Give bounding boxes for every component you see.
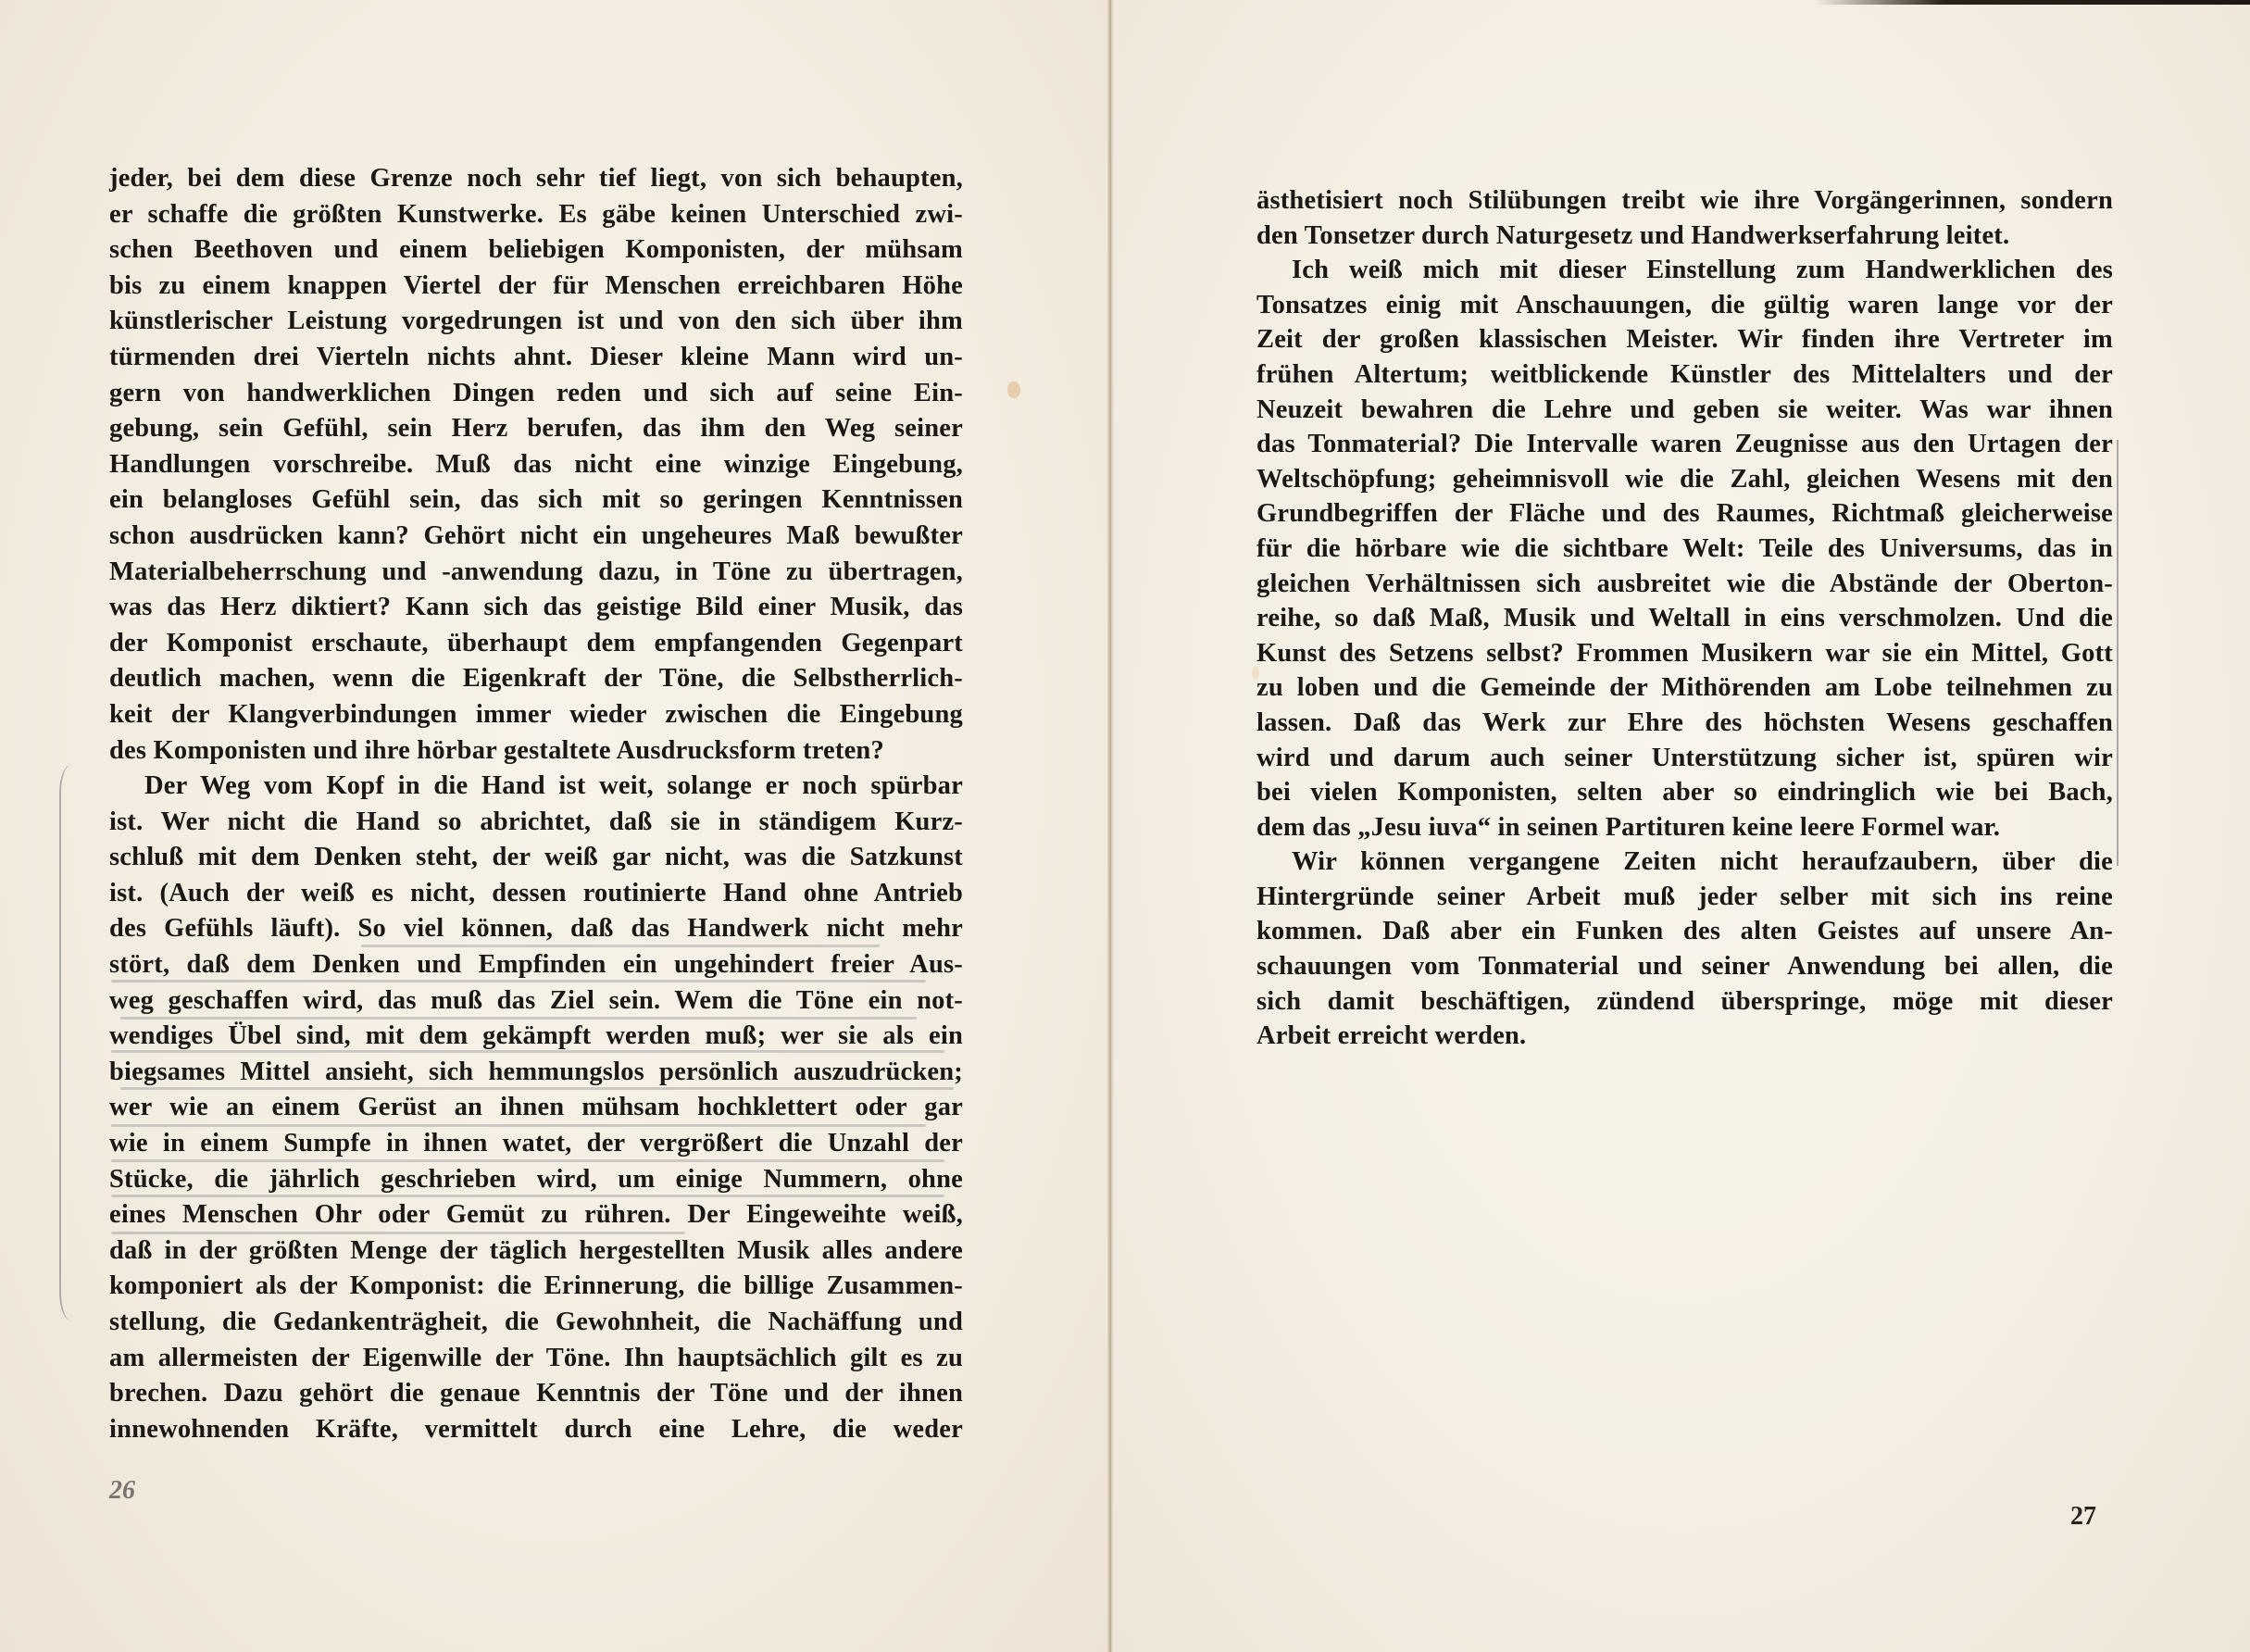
text-line: wendiges Übel sind, mit dem gekämpft wer… (109, 1019, 963, 1055)
paragraph-start-line: Ich weiß mich mit dieser Einstellung zum… (1256, 253, 2113, 288)
text-line: lassen. Daß das Werk zur Ehre des höchst… (1256, 706, 2113, 741)
text-line: weg geschaffen wird, das muß das Ziel se… (109, 983, 963, 1020)
text-line: brechen. Dazu gehört die genaue Kenntnis… (109, 1376, 963, 1412)
text-line: schluß mit dem Denken steht, der weiß ga… (109, 840, 963, 876)
text-line: schon ausdrücken kann? Gehört nicht ein … (109, 519, 963, 555)
text-line: gleichen Verhältnissen sich ausbreitet w… (1256, 567, 2113, 602)
text-line: Neuzeit bewahren die Lehre und geben sie… (1256, 393, 2113, 428)
text-line: wie in einem Sumpfe in ihnen watet, der … (109, 1126, 963, 1162)
text-line: wird und darum auch seiner Unterstützung… (1256, 741, 2113, 776)
text-line: der Komponist erschaute, überhaupt dem e… (109, 626, 963, 662)
text-line: komponiert als der Komponist: die Erinne… (109, 1269, 963, 1305)
text-line: gebung, sein Gefühl, sein Herz berufen, … (109, 411, 963, 447)
text-line: reihe, so daß Maß, Musik und Weltall in … (1256, 601, 2113, 636)
text-line: jeder, bei dem diese Grenze noch sehr ti… (109, 161, 963, 197)
text-line: frühen Altertum; weitblickende Künstler … (1256, 357, 2113, 393)
page-number-left: 26 (109, 1476, 135, 1506)
text-line: für die hörbare wie die sichtbare Welt: … (1256, 532, 2113, 567)
text-line: was das Herz diktiert? Kann sich das gei… (109, 590, 963, 626)
text-line: Arbeit erreicht werden. (1256, 1019, 2113, 1054)
text-line: sich damit beschäftigen, zündend überspr… (1256, 984, 2113, 1020)
paragraph-start-line: Wir können vergangene Zeiten nicht herau… (1256, 845, 2113, 880)
text-line: er schaffe die größten Kunstwerke. Es gä… (109, 197, 963, 233)
text-line: stört, daß dem Denken und Empfinden ein … (109, 947, 963, 983)
text-line: Materialbeherrschung und -anwendung dazu… (109, 555, 963, 591)
right-page-body-text: ästhetisiert noch Stilübungen treibt wie… (1256, 183, 2113, 1054)
text-line: wer wie an einem Gerüst an ihnen mühsam … (109, 1090, 963, 1126)
text-line: ästhetisiert noch Stilübungen treibt wie… (1256, 183, 2113, 219)
text-line: ist. (Auch der weiß es nicht, dessen rou… (109, 876, 963, 912)
text-line: den Tonsetzer durch Naturgesetz und Hand… (1256, 219, 2113, 254)
book-gutter (1107, 0, 1115, 1652)
text-line: ein belangloses Gefühl sein, das sich mi… (109, 482, 963, 519)
text-line: bis zu einem knappen Viertel der für Men… (109, 269, 963, 305)
text-line: künstlerischer Leistung vorgedrungen ist… (109, 304, 963, 340)
text-line: des Gefühls läuft). So viel können, daß … (109, 911, 963, 947)
text-line: bei vielen Komponisten, selten aber so e… (1256, 775, 2113, 810)
text-line: innewohnenden Kräfte, vermittelt durch e… (109, 1412, 963, 1448)
text-line: schauungen vom Tonmaterial und seiner An… (1256, 949, 2113, 984)
text-line: Weltschöpfung; geheimnisvoll wie die Zah… (1256, 462, 2113, 497)
text-line: daß in der größten Menge der täglich her… (109, 1233, 963, 1270)
text-line: am allermeisten der Eigenwille der Töne.… (109, 1341, 963, 1377)
text-line: Hintergründe seiner Arbeit muß jeder sel… (1256, 880, 2113, 915)
paragraph-start-line: Der Weg vom Kopf in die Hand ist weit, s… (109, 769, 963, 805)
text-line: türmenden drei Vierteln nichts ahnt. Die… (109, 340, 963, 376)
text-line: schen Beethoven und einem beliebigen Kom… (109, 232, 963, 269)
text-line: Zeit der großen klassischen Meister. Wir… (1256, 322, 2113, 357)
text-line: deutlich machen, wenn die Eigenkraft der… (109, 661, 963, 697)
text-line: Kunst des Setzens selbst? Frommen Musike… (1256, 636, 2113, 671)
text-line: ist. Wer nicht die Hand so abrichtet, da… (109, 805, 963, 841)
text-line: dem das „Jesu iuva“ in seinen Partituren… (1256, 810, 2113, 845)
page-number-right: 27 (2070, 1502, 2096, 1532)
text-line: des Komponisten und ihre hörbar gestalte… (109, 733, 963, 770)
left-page-body-text: jeder, bei dem diese Grenze noch sehr ti… (109, 161, 963, 1447)
text-line: kommen. Daß aber ein Funken des alten Ge… (1256, 914, 2113, 949)
text-line: Tonsatzes einig mit Anschauungen, die gü… (1256, 288, 2113, 323)
pencil-margin-mark (59, 765, 89, 1320)
text-line: Grundbegriffen der Fläche und des Raumes… (1256, 496, 2113, 532)
text-line: Handlungen vorschreibe. Muß das nicht ei… (109, 447, 963, 483)
text-line: zu loben und die Gemeinde der Mithörende… (1256, 670, 2113, 706)
text-line: stellung, die Gedankenträgheit, die Gewo… (109, 1305, 963, 1341)
text-line: Stücke, die jährlich geschrieben wird, u… (109, 1162, 963, 1198)
text-line: das Tonmaterial? Die Intervalle waren Ze… (1256, 427, 2113, 462)
text-line: eines Menschen Ohr oder Gemüt zu rühren.… (109, 1197, 963, 1233)
text-line: gern von handwerklichen Dingen reden und… (109, 376, 963, 412)
paper-stain (1007, 382, 1020, 398)
text-line: keit der Klangverbindungen immer wieder … (109, 697, 963, 733)
text-line: biegsames Mittel ansieht, sich hemmungsl… (109, 1055, 963, 1091)
page-top-edge-shadow (1815, 0, 2250, 5)
